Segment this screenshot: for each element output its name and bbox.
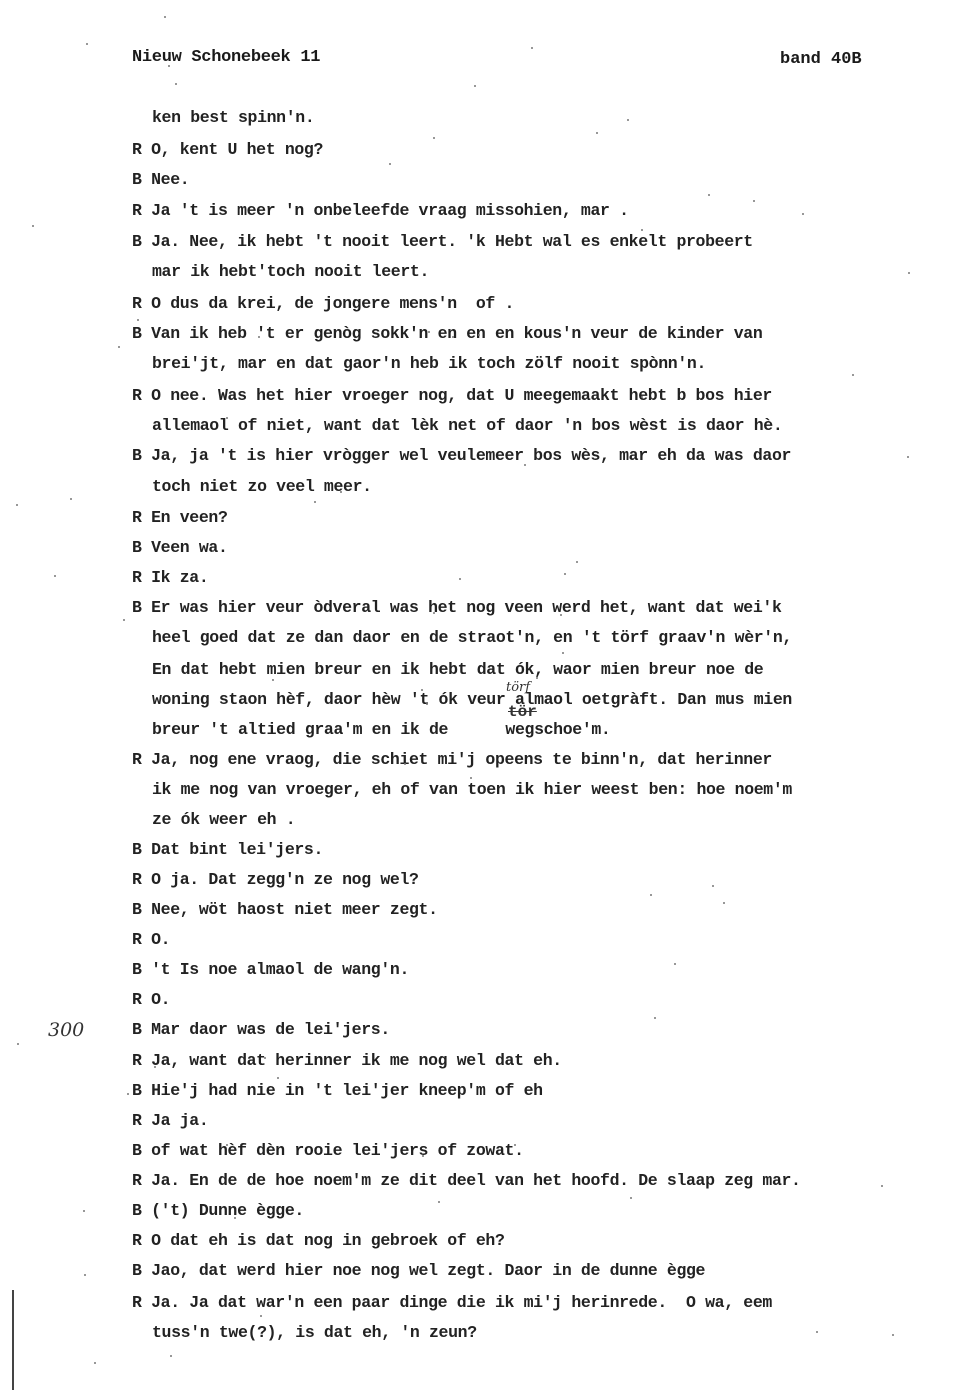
transcript-line: R O. (132, 930, 170, 949)
scan-speck (84, 1274, 86, 1276)
transcript-line: ken best spinn'n. (152, 108, 314, 127)
scan-speck (438, 1201, 440, 1203)
transcript-page: Nieuw Schonebeek 11 band 40B ken best sp… (0, 0, 973, 1390)
scan-speck (123, 619, 125, 621)
scan-speck (433, 612, 435, 614)
scan-speck (816, 1331, 818, 1333)
scan-speck (17, 1043, 19, 1045)
transcript-line: R En veen? (132, 508, 228, 527)
document-title: Nieuw Schonebeek 11 (132, 48, 320, 67)
transcript-line: R Ja 't is meer 'n onbeleefde vraag miss… (132, 201, 629, 220)
transcript-line: woning staon hèf, daor hèw 't ók veur al… (152, 690, 792, 709)
transcript-line: R Ja, want dat herinner ik me nog wel da… (132, 1051, 562, 1070)
scan-speck (234, 1217, 236, 1219)
scan-speck (641, 229, 643, 231)
transcript-line: En dat hebt mien breur en ik hebt dat ók… (152, 660, 763, 679)
transcript-line: R Ja, nog ene vraog, die schiet mi'j ope… (132, 750, 772, 769)
scan-speck (258, 336, 260, 338)
scan-speck (175, 83, 177, 85)
struck-word: tör (508, 703, 537, 721)
scan-speck (524, 464, 526, 466)
scan-speck (277, 1077, 279, 1079)
transcript-line: B Ja. Nee, ik hebt 't nooit leert. 'k He… (132, 232, 753, 251)
scan-speck (226, 417, 228, 419)
scan-speck (708, 194, 710, 196)
scan-speck (314, 501, 316, 503)
transcript-line: R Ja ja. (132, 1111, 208, 1130)
scan-speck (422, 1155, 424, 1157)
scan-speck (907, 456, 909, 458)
transcript-line: R Ik za. (132, 568, 208, 587)
transcript-line: B Mar daor was de lei'jers. (132, 1020, 390, 1039)
scan-speck (576, 561, 578, 563)
transcript-line: B Ja, ja 't is hier vrògger wel veulemee… (132, 446, 791, 465)
transcript-line: B 't Is noe almaol de wang'n. (132, 960, 409, 979)
scan-speck (470, 777, 472, 779)
scan-speck (118, 346, 120, 348)
scan-speck (564, 573, 566, 575)
transcript-line: B Er was hier veur òdveral was het nog v… (132, 598, 782, 617)
scan-speck (32, 225, 34, 227)
transcript-line: B Van ik heb 't er genòg sokk'n en en en… (132, 324, 762, 343)
scan-speck (630, 1197, 632, 1199)
transcript-line: toch niet zo veel meer. (152, 477, 372, 496)
scan-speck (433, 137, 435, 139)
scan-speck (94, 1362, 96, 1364)
scan-speck (478, 334, 480, 336)
scan-speck (226, 1144, 228, 1146)
transcript-line: brei'jt, mar en dat gaor'n heb ik toch z… (152, 354, 706, 373)
scan-speck (459, 578, 461, 580)
scan-speck (154, 1066, 156, 1068)
transcript-line: R O dus da krei, de jongere mens'n of . (132, 294, 514, 313)
scan-speck (452, 336, 454, 338)
transcript-line: tuss'n twe(?), is dat eh, 'n zeun? (152, 1323, 477, 1342)
transcript-line: R O. (132, 990, 170, 1009)
scan-speck (723, 902, 725, 904)
scan-speck (531, 47, 533, 49)
transcript-line: allemaol of niet, want dat lèk net of da… (152, 416, 782, 435)
scan-speck (260, 1315, 262, 1317)
scan-speck (654, 1017, 656, 1019)
transcript-line: B Dat bint lei'jers. (132, 840, 323, 859)
scan-speck (560, 614, 562, 616)
scan-speck (474, 85, 476, 87)
scan-speck (272, 679, 274, 681)
scan-speck (596, 132, 598, 134)
scan-speck (753, 200, 755, 202)
transcript-line: breur 't altied graa'm en ik de wegschoe… (152, 720, 610, 739)
scan-speck (536, 677, 538, 679)
transcript-line: R O, kent U het nog? (132, 140, 323, 159)
transcript-line: R O ja. Dat zegg'n ze nog wel? (132, 870, 419, 889)
scan-speck (892, 1334, 894, 1336)
transcript-line: R Ja. Ja dat war'n een paar dinge die ik… (132, 1293, 772, 1312)
transcript-line: B of wat hèf dèn rooie lei'jers of zowat… (132, 1141, 524, 1160)
transcript-line: R Ja. En de de hoe noem'm ze dit deel va… (132, 1171, 801, 1190)
scan-speck (264, 1057, 266, 1059)
transcript-line: R O nee. Was het hier vroeger nog, dat U… (132, 386, 772, 405)
transcript-line: mar ik hebt'toch nooit leert. (152, 262, 429, 281)
scan-speck (170, 1355, 172, 1357)
scan-speck (641, 396, 643, 398)
transcript-line: B Veen wa. (132, 538, 228, 557)
scan-speck (212, 550, 214, 552)
transcript-line: heel goed dat ze dan daor en de straot'n… (152, 628, 792, 647)
handwritten-correction: törf (506, 680, 530, 695)
tape-label: band 40B (780, 50, 862, 69)
scan-speck (70, 498, 72, 500)
transcript-line: B Nee, wöt haost niet meer zegt. (132, 900, 438, 919)
scan-speck (650, 894, 652, 896)
scan-speck (340, 491, 342, 493)
scan-speck (168, 65, 170, 67)
scan-speck (86, 43, 88, 45)
scan-speck (514, 1144, 516, 1146)
scan-speck (389, 163, 391, 165)
scan-speck (83, 1210, 85, 1212)
scan-speck (802, 213, 804, 215)
scan-speck (426, 703, 428, 705)
scan-speck (421, 689, 423, 691)
scan-speck (627, 119, 629, 121)
scan-speck (712, 885, 714, 887)
transcript-line: B Nee. (132, 170, 189, 189)
transcript-line: R O dat eh is dat nog in gebroek of eh? (132, 1231, 505, 1250)
scan-speck (16, 504, 18, 506)
transcript-line: B Hie'j had nie in 't lei'jer kneep'm of… (132, 1081, 543, 1100)
scan-speck (404, 763, 406, 765)
scan-speck (127, 1093, 129, 1095)
transcript-line: B Jao, dat werd hier noe nog wel zegt. D… (132, 1261, 705, 1280)
scan-speck (881, 1185, 883, 1187)
scan-speck (164, 16, 166, 18)
transcript-line: B ('t) Dunne ègge. (132, 1201, 304, 1220)
scan-speck (54, 575, 56, 577)
scan-speck (852, 374, 854, 376)
scan-speck (674, 963, 676, 965)
scan-speck (137, 319, 139, 321)
transcript-line: ze ók weer eh . (152, 810, 295, 829)
transcript-line: ik me nog van vroeger, eh of van toen ik… (152, 780, 792, 799)
margin-counter: 300 (48, 1019, 84, 1041)
scan-speck (428, 331, 430, 333)
scan-speck (562, 652, 564, 654)
scan-edge-line (12, 1290, 14, 1390)
scan-speck (908, 272, 910, 274)
